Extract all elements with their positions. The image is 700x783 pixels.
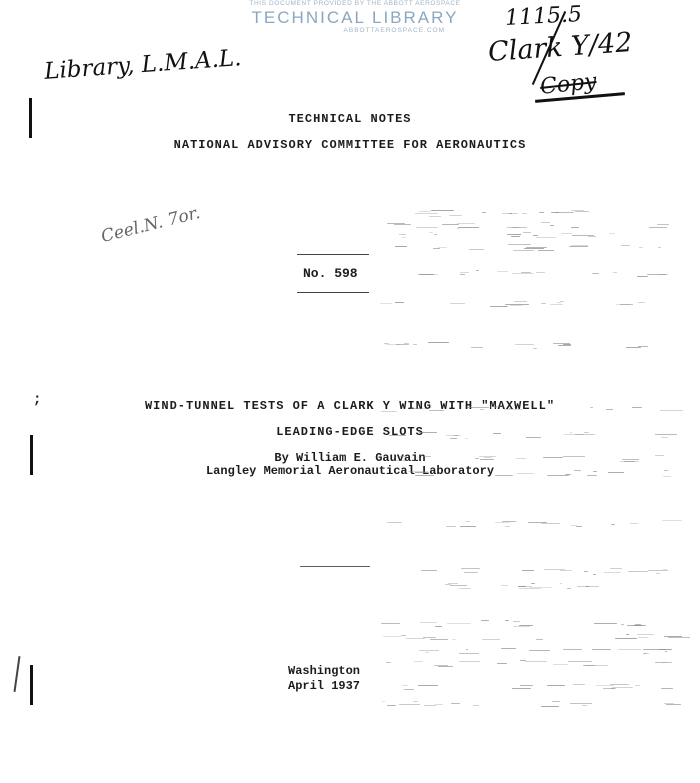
organization-heading: NATIONAL ADVISORY COMMITTEE FOR AERONAUT… (0, 138, 700, 152)
author-byline: By William E. Gauvain (0, 451, 700, 465)
note-number: No. 598 (303, 266, 358, 281)
title-line-2: LEADING-EDGE SLOTS (0, 425, 700, 439)
watermark-provider-line: This Document Provided by the Abbott Aer… (235, 1, 475, 8)
series-heading: TECHNICAL NOTES (0, 112, 700, 126)
faint-handwritten-note: Ceel.N. 7or. (99, 203, 202, 247)
watermark: This Document Provided by the Abbott Aer… (235, 0, 475, 34)
handwritten-ref-number: 1115.5 (504, 2, 582, 31)
handwritten-subject: Clark Y/42 (487, 27, 633, 68)
margin-stroke-bottom (14, 656, 21, 692)
watermark-url: ABBOTTAEROSPACE.COM (235, 28, 475, 35)
publication-date: April 1937 (288, 679, 360, 693)
rule-below-number (297, 292, 369, 293)
watermark-title: TECHNICAL LIBRARY (235, 9, 475, 26)
handwritten-library-stamp: Library, L.M.A.L. (43, 45, 242, 85)
rule-above-number (297, 254, 369, 255)
title-line-1: WIND-TUNNEL TESTS OF A CLARK Y WING WITH… (0, 399, 700, 413)
margin-mark-bottom (30, 665, 33, 705)
publication-place: Washington (288, 664, 360, 678)
